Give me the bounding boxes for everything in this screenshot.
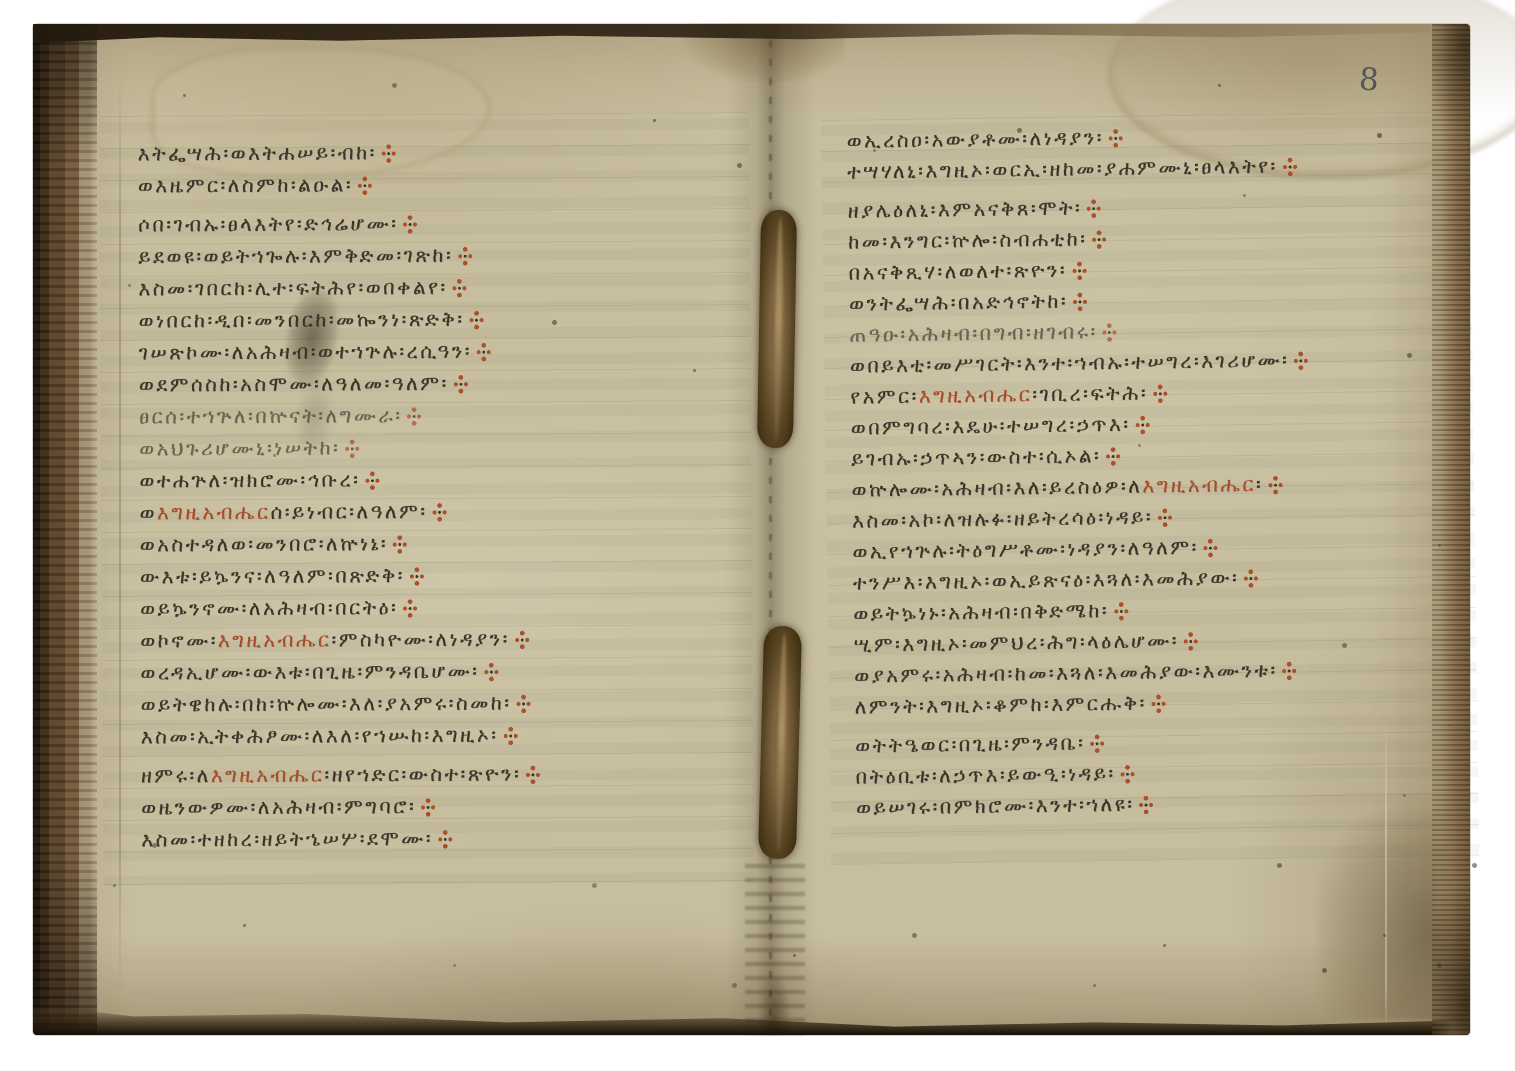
verse-divider-mark [1153,384,1167,403]
verse-divider-mark [1135,415,1149,434]
ink-text: ወይትኴነኑ፡አሕዛብ፡በቅድሜከ፡ [853,598,1109,626]
text-line: እስመ፡አኮ፡ለዝሉፉ፡ዘይትረሳዕ፡ነዳይ፡ [852,503,1172,533]
ink-text: ከመ፡እንግር፡ኵሎ፡ስብሐቲከ፡ [848,226,1088,253]
ink-text: ፡ [1256,472,1264,496]
ink-text: ወበይእቲ፡መሥገርት፡እንተ፡ኀብኡ፡ተሠግረ፡እገሪሆሙ፡ [850,347,1290,377]
scanned-page-canvas: 8 እትፌሣሕ፡ወእትሐሠይ፡ብከ፡ወእዜምር፡ለስምከ፡ልዑል፡ሶበ፡ገብኡ፡… [0,0,1515,1071]
text-line: ወበይእቲ፡መሥገርት፡እንተ፡ኀብኡ፡ተሠግረ፡እገሪሆሙ፡ [850,346,1309,378]
right-page-text: ወኢረስዐ፡አውያቶሙ፡ለነዳያን፡ተሣሃለኒ፡እግዚኦ፡ወርኢ፡ዘከመ፡ያሐም… [33,4,1484,1035]
verse-divider-mark [1244,569,1258,588]
ink-text: ወኢረስዐ፡አውያቶሙ፡ለነዳያን፡ [847,125,1104,153]
verse-divider-mark [1092,230,1106,249]
verse-divider-mark [1282,661,1296,680]
text-line: በትዕቢቱ፡ለኃጥእ፡ይውዒ፡ነዳይ፡ [855,760,1134,790]
text-line: ወይትኴነኑ፡አሕዛብ፡በቅድሜከ፡ [853,597,1128,627]
text-line: ወኵሎሙ፡አሕዛብ፡እለ፡ይረስዕዎ፡ለእግዚአብሔር፡ [851,471,1282,503]
text-line: ወይሠገሩ፡በምክሮሙ፡እንተ፡ኀለዩ፡ [856,790,1154,820]
verse-divider-mark [1090,734,1104,753]
text-line: ተንሥእ፡እግዚኦ፡ወኢይጽናዕ፡እጓለ፡እመሕያው፡ [853,564,1259,596]
verse-divider-mark [1114,602,1128,621]
text-line: ይገብኡ፡ኃጥኣን፡ውስተ፡ሲኦል፡ [851,442,1120,472]
verse-divider-mark [1294,351,1308,370]
verse-divider-mark [1204,539,1218,558]
verse-divider-mark [1103,323,1117,342]
ink-text: በአናቅጺሃ፡ለወለተ፡ጽዮን፡ [848,258,1067,285]
rubricated-divine-name: እግዚአብሔር [919,382,1033,408]
ink-text: ለምንት፡እግዚኦ፡ቆምከ፡እምርሑቅ፡ [854,691,1146,719]
text-line: ለምንት፡እግዚኦ፡ቆምከ፡እምርሑቅ፡ [854,689,1165,719]
text-line: ወበምግባረ፡እዴሁ፡ተሠግረ፡ኃጥእ፡ [851,410,1150,440]
text-line: ጠዓዑ፡አሕዛብ፡በግብ፡ዘገብሩ፡ [849,318,1117,348]
manuscript-photo: 8 እትፌሣሕ፡ወእትሐሠይ፡ብከ፡ወእዜምር፡ለስምከ፡ልዑል፡ሶበ፡ገብኡ፡… [33,24,1470,1035]
ink-text: ወይሠገሩ፡በምክሮሙ፡እንተ፡ኀለዩ፡ [856,792,1135,820]
text-line: ወያአምሩ፡አሕዛብ፡ከመ፡እጓለ፡እመሕያው፡እሙንቱ፡ [854,656,1297,688]
text-line: ወኢየኀጕሉ፡ትዕግሥቶሙ፡ነዳያን፡ለዓለም፡ [852,534,1218,565]
ink-text: ይገብኡ፡ኃጥኣን፡ውስተ፡ሲኦል፡ [851,443,1101,470]
text-line: የአምር፡እግዚአብሔር፡ገቢረ፡ፍትሕ፡ [850,379,1167,409]
text-line: ወንትፌሣሕ፡በአድኅኖትከ፡ [849,287,1087,316]
ink-text: በትዕቢቱ፡ለኃጥእ፡ይውዒ፡ነዳይ፡ [855,761,1115,789]
verse-divider-mark [1283,157,1297,176]
verse-divider-mark [1072,261,1086,280]
ink-text: ተሣሃለኒ፡እግዚኦ፡ወርኢ፡ዘከመ፡ያሐምሙኒ፡ፀላእትየ፡ [847,154,1278,184]
ink-text: ሢም፡እግዚኦ፡መምህረ፡ሕግ፡ላዕሌሆሙ፡ [854,628,1179,657]
rubricated-divine-name: እግዚአብሔር [1142,472,1256,498]
text-line: ወትትዔወር፡በጊዜ፡ምንዳቤ፡ [855,729,1105,758]
verse-divider-mark [1158,508,1172,527]
ink-text: ፡ገቢረ፡ፍትሕ፡ [1032,380,1148,406]
verse-divider-mark [1139,795,1153,814]
ink-text: የአምር፡ [850,384,919,409]
text-line: ወኢረስዐ፡አውያቶሙ፡ለነዳያን፡ [847,124,1124,154]
text-line: ከመ፡እንግር፡ኵሎ፡ስብሐቲከ፡ [848,225,1107,255]
ink-text: ወበምግባረ፡እዴሁ፡ተሠግረ፡ኃጥእ፡ [851,412,1131,440]
text-line: በአናቅጺሃ፡ለወለተ፡ጽዮን፡ [848,256,1086,285]
ink-text: ወንትፌሣሕ፡በአድኅኖትከ፡ [849,289,1068,316]
ink-text: እስመ፡አኮ፡ለዝሉፉ፡ዘይትረሳዕ፡ነዳይ፡ [852,504,1153,532]
text-line: ሢም፡እግዚኦ፡መምህረ፡ሕግ፡ላዕሌሆሙ፡ [854,627,1199,658]
verse-divider-mark [1073,292,1087,311]
ink-text: ጠዓዑ፡አሕዛብ፡በግብ፡ዘገብሩ፡ [849,319,1098,346]
verse-divider-mark [1152,694,1166,713]
ink-text: ወኢየኀጕሉ፡ትዕግሥቶሙ፡ነዳያን፡ለዓለም፡ [852,535,1199,564]
verse-divider-mark [1106,447,1120,466]
ink-text: ወኵሎሙ፡አሕዛብ፡እለ፡ይረስዕዎ፡ለ [851,474,1142,502]
text-line: ዘያሌዕለኒ፡እምአናቅጸ፡ሞት፡ [848,194,1102,224]
ink-text: ተንሥእ፡እግዚኦ፡ወኢይጽናዕ፡እጓለ፡እመሕያው፡ [853,565,1240,594]
ink-text: ወያአምሩ፡አሕዛብ፡ከመ፡እጓለ፡እመሕያው፡እሙንቱ፡ [854,658,1278,688]
ink-text: ዘያሌዕለኒ፡እምአናቅጸ፡ሞት፡ [848,195,1083,222]
ink-text: ወትትዔወር፡በጊዜ፡ምንዳቤ፡ [855,730,1085,757]
verse-divider-mark [1087,199,1101,218]
verse-divider-mark [1184,632,1198,651]
verse-divider-mark [1120,765,1134,784]
text-line: ተሣሃለኒ፡እግዚኦ፡ወርኢ፡ዘከመ፡ያሐምሙኒ፡ፀላእትየ፡ [847,152,1297,184]
verse-divider-mark [1109,129,1123,148]
verse-divider-mark [1268,476,1282,495]
